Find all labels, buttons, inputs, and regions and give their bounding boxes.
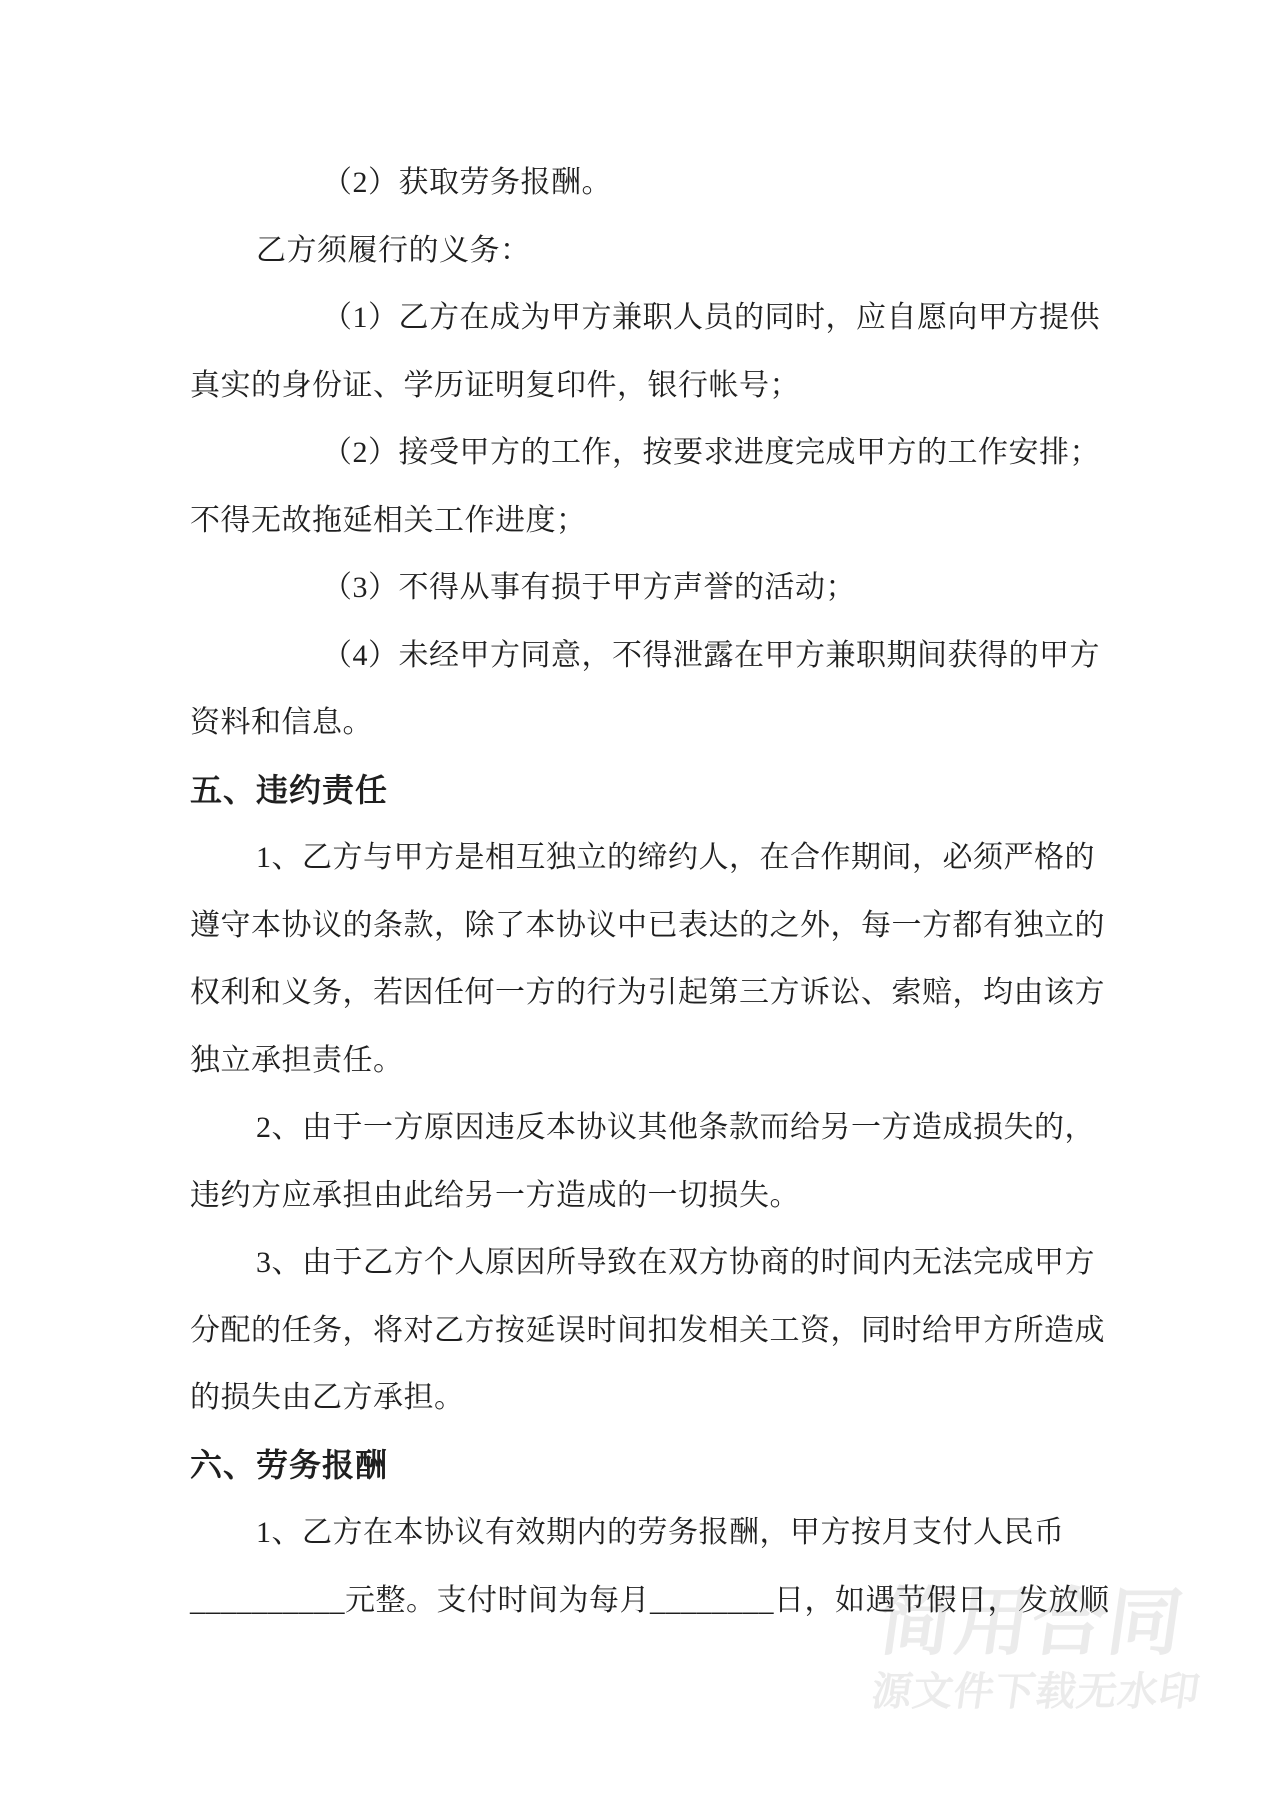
- contract-line: （3）不得从事有损于甲方声誉的活动；: [190, 554, 1100, 622]
- contract-line: 资料和信息。: [190, 689, 1100, 757]
- contract-line: （2）获取劳务报酬。: [190, 149, 1100, 217]
- watermark-tagline-text: 源文件下载无水印: [869, 1672, 1203, 1712]
- section-heading: 六、劳务报酬: [190, 1432, 1100, 1500]
- contract-line: 权利和义务，若因任何一方的行为引起第三方诉讼、索赔，均由该方: [190, 959, 1100, 1027]
- contract-body: （2）获取劳务报酬。乙方须履行的义务：（1）乙方在成为甲方兼职人员的同时，应自愿…: [190, 149, 1100, 1634]
- contract-line: 遵守本协议的条款，除了本协议中已表达的之外，每一方都有独立的: [190, 892, 1100, 960]
- contract-line: 3、由于乙方个人原因所导致在双方协商的时间内无法完成甲方: [190, 1229, 1100, 1297]
- contract-line: 分配的任务，将对乙方按延误时间扣发相关工资，同时给甲方所造成: [190, 1297, 1100, 1365]
- contract-line: 真实的身份证、学历证明复印件，银行帐号；: [190, 352, 1100, 420]
- contract-line: （1）乙方在成为甲方兼职人员的同时，应自愿向甲方提供: [190, 284, 1100, 352]
- contract-line: __________元整。支付时间为每月________日，如遇节假日，发放顺: [190, 1567, 1100, 1635]
- section-heading: 五、违约责任: [190, 757, 1100, 825]
- document-page: 简用合同 源文件下载无水印 （2）获取劳务报酬。乙方须履行的义务：（1）乙方在成…: [0, 0, 1280, 1810]
- contract-line: 1、乙方与甲方是相互独立的缔约人，在合作期间，必须严格的: [190, 824, 1100, 892]
- contract-line: 独立承担责任。: [190, 1027, 1100, 1095]
- contract-line: 乙方须履行的义务：: [190, 217, 1100, 285]
- contract-line: 2、由于一方原因违反本协议其他条款而给另一方造成损失的，: [190, 1094, 1100, 1162]
- contract-line: 不得无故拖延相关工作进度；: [190, 487, 1100, 555]
- contract-line: （4）未经甲方同意，不得泄露在甲方兼职期间获得的甲方: [190, 622, 1100, 690]
- contract-line: 的损失由乙方承担。: [190, 1364, 1100, 1432]
- contract-line: （2）接受甲方的工作，按要求进度完成甲方的工作安排；: [190, 419, 1100, 487]
- contract-line: 违约方应承担由此给另一方造成的一切损失。: [190, 1162, 1100, 1230]
- contract-line: 1、乙方在本协议有效期内的劳务报酬，甲方按月支付人民币: [190, 1499, 1100, 1567]
